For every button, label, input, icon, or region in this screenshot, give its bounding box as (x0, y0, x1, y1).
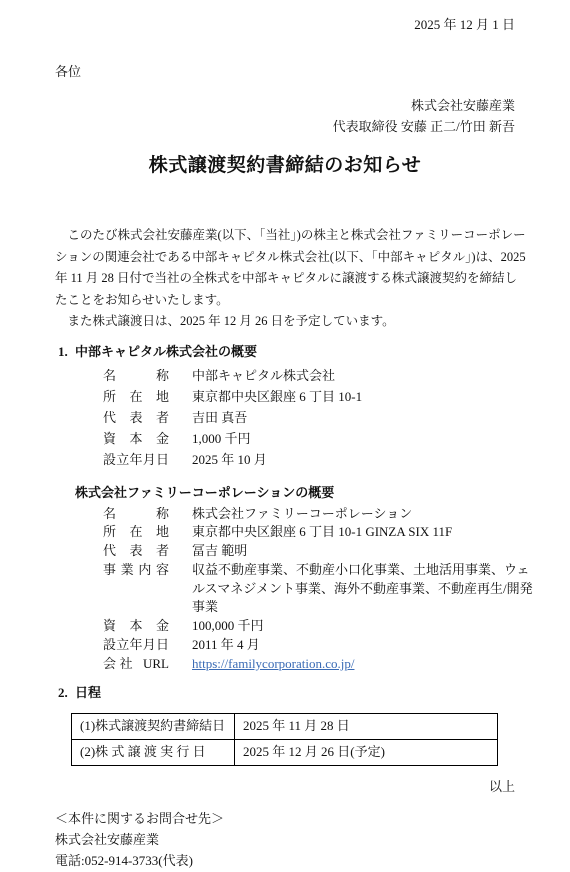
contact-phone: 電話:052-914-3733(代表) (55, 850, 515, 871)
sender-block: 株式会社安藤産業 代表取締役 安藤 正二/竹田 新吾 (55, 95, 515, 137)
schedule-date: 2025 年 12 月 26 日(予定) (235, 739, 498, 765)
company1-overview: 名称 中部キャピタル株式会社 所在地 東京都中央区銀座 6 丁目 10-1 代表… (55, 365, 515, 470)
overview-row: 名称 中部キャピタル株式会社 (55, 365, 515, 386)
row-value: 100,000 千円 (192, 617, 264, 636)
contact-block: ＜本件に関するお問合せ先＞ 株式会社安藤産業 電話:052-914-3733(代… (55, 808, 515, 871)
row-label: 会社 URL (103, 655, 169, 674)
schedule-item: (2)株 式 譲 渡 実 行 日 (72, 739, 235, 765)
row-value: 中部キャピタル株式会社 (192, 365, 335, 386)
row-value: 2025 年 10 月 (192, 449, 267, 470)
body-paragraph1-line: ションの関連会社である中部キャピタル株式会社(以下、「中部キャピタル」)は、20… (55, 247, 515, 269)
row-label: 名称 (103, 365, 169, 386)
table-row: (2)株 式 譲 渡 実 行 日 2025 年 12 月 26 日(予定) (72, 739, 498, 765)
overview-row: 事業内容 収益不動産事業、不動産小口化事業、土地活用事業、ウェ ルスマネジメント… (55, 561, 515, 617)
row-label: 代表者 (103, 407, 169, 428)
row-label: 資本金 (103, 617, 169, 636)
sender-representative: 代表取締役 安藤 正二/竹田 新吾 (55, 116, 515, 137)
contact-heading: ＜本件に関するお問合せ先＞ (55, 808, 515, 829)
document-date: 2025 年 12 月 1 日 (55, 14, 515, 35)
overview-row: 設立年月日 2025 年 10 月 (55, 449, 515, 470)
row-value: 株式会社ファミリーコーポレーション (192, 505, 412, 524)
overview-row: 設立年月日 2011 年 4 月 (55, 636, 515, 655)
company2-heading: 株式会社ファミリーコーポレーションの概要 (55, 482, 515, 503)
row-label: 設立年月日 (103, 636, 169, 655)
row-value: 吉田 真吾 (192, 407, 247, 428)
row-label: 代表者 (103, 542, 169, 561)
body-paragraph1-line: このたび株式会社安藤産業(以下、「当社」)の株主と株式会社ファミリーコーポレー (55, 225, 515, 247)
salutation: 各位 (55, 61, 515, 82)
company-url-link[interactable]: https://familycorporation.co.jp/ (192, 656, 354, 671)
overview-row: 代表者 吉田 真吾 (55, 407, 515, 428)
sender-company: 株式会社安藤産業 (55, 95, 515, 116)
business-line: 事業 (192, 599, 218, 614)
overview-row: 資本金 1,000 千円 (55, 428, 515, 449)
section2-heading-text: 日程 (75, 682, 101, 703)
document-page: 2025 年 12 月 1 日 各位 株式会社安藤産業 代表取締役 安藤 正二/… (0, 0, 570, 872)
business-line: 収益不動産事業、不動産小口化事業、土地活用事業、ウェ (192, 562, 529, 577)
page-title: 株式譲渡契約書締結のお知らせ (55, 152, 515, 180)
closing-text: 以上 (55, 776, 515, 797)
overview-row: 資本金 100,000 千円 (55, 617, 515, 636)
overview-row: 所在地 東京都中央区銀座 6 丁目 10-1 GINZA SIX 11F (55, 523, 515, 542)
row-value-url: https://familycorporation.co.jp/ (192, 655, 354, 674)
section1-number: 1. (58, 341, 75, 362)
schedule-date: 2025 年 11 月 28 日 (235, 713, 498, 739)
body-paragraph1-line: たことをお知らせいたします。 (55, 290, 515, 312)
business-line: ルスマネジメント事業、海外不動産事業、不動産再生/開発 (192, 581, 533, 596)
section1-heading-text: 中部キャピタル株式会社の概要 (75, 341, 257, 362)
overview-row: 会社 URL https://familycorporation.co.jp/ (55, 655, 515, 674)
section1-heading: 1. 中部キャピタル株式会社の概要 (55, 341, 515, 362)
row-value: 東京都中央区銀座 6 丁目 10-1 (192, 386, 362, 407)
row-value: 2011 年 4 月 (192, 636, 260, 655)
body-paragraph1-line: 年 11 月 28 日付で当社の全株式を中部キャピタルに譲渡する株式譲渡契約を締… (55, 268, 515, 290)
overview-row: 名称 株式会社ファミリーコーポレーション (55, 505, 515, 524)
row-label: 名称 (103, 505, 169, 524)
schedule-item: (1)株式譲渡契約書締結日 (72, 713, 235, 739)
body-paragraph2: また株式譲渡日は、2025 年 12 月 26 日を予定しています。 (55, 311, 515, 333)
overview-row: 代表者 冨吉 範明 (55, 542, 515, 561)
contact-company: 株式会社安藤産業 (55, 829, 515, 850)
section2-number: 2. (58, 682, 75, 703)
row-label: 所在地 (103, 386, 169, 407)
overview-row: 所在地 東京都中央区銀座 6 丁目 10-1 (55, 386, 515, 407)
row-label: 所在地 (103, 523, 169, 542)
schedule-table: (1)株式譲渡契約書締結日 2025 年 11 月 28 日 (2)株 式 譲 … (71, 713, 498, 766)
row-label: 事業内容 (103, 561, 169, 617)
row-label: 資本金 (103, 428, 169, 449)
row-value: 東京都中央区銀座 6 丁目 10-1 GINZA SIX 11F (192, 523, 452, 542)
row-value-business: 収益不動産事業、不動産小口化事業、土地活用事業、ウェ ルスマネジメント事業、海外… (192, 561, 517, 617)
table-row: (1)株式譲渡契約書締結日 2025 年 11 月 28 日 (72, 713, 498, 739)
row-label: 設立年月日 (103, 449, 169, 470)
row-value: 1,000 千円 (192, 428, 251, 449)
row-value: 冨吉 範明 (192, 542, 247, 561)
company2-overview: 名称 株式会社ファミリーコーポレーション 所在地 東京都中央区銀座 6 丁目 1… (55, 505, 515, 674)
body-text: このたび株式会社安藤産業(以下、「当社」)の株主と株式会社ファミリーコーポレー … (55, 225, 515, 333)
section2-heading: 2. 日程 (55, 682, 515, 703)
